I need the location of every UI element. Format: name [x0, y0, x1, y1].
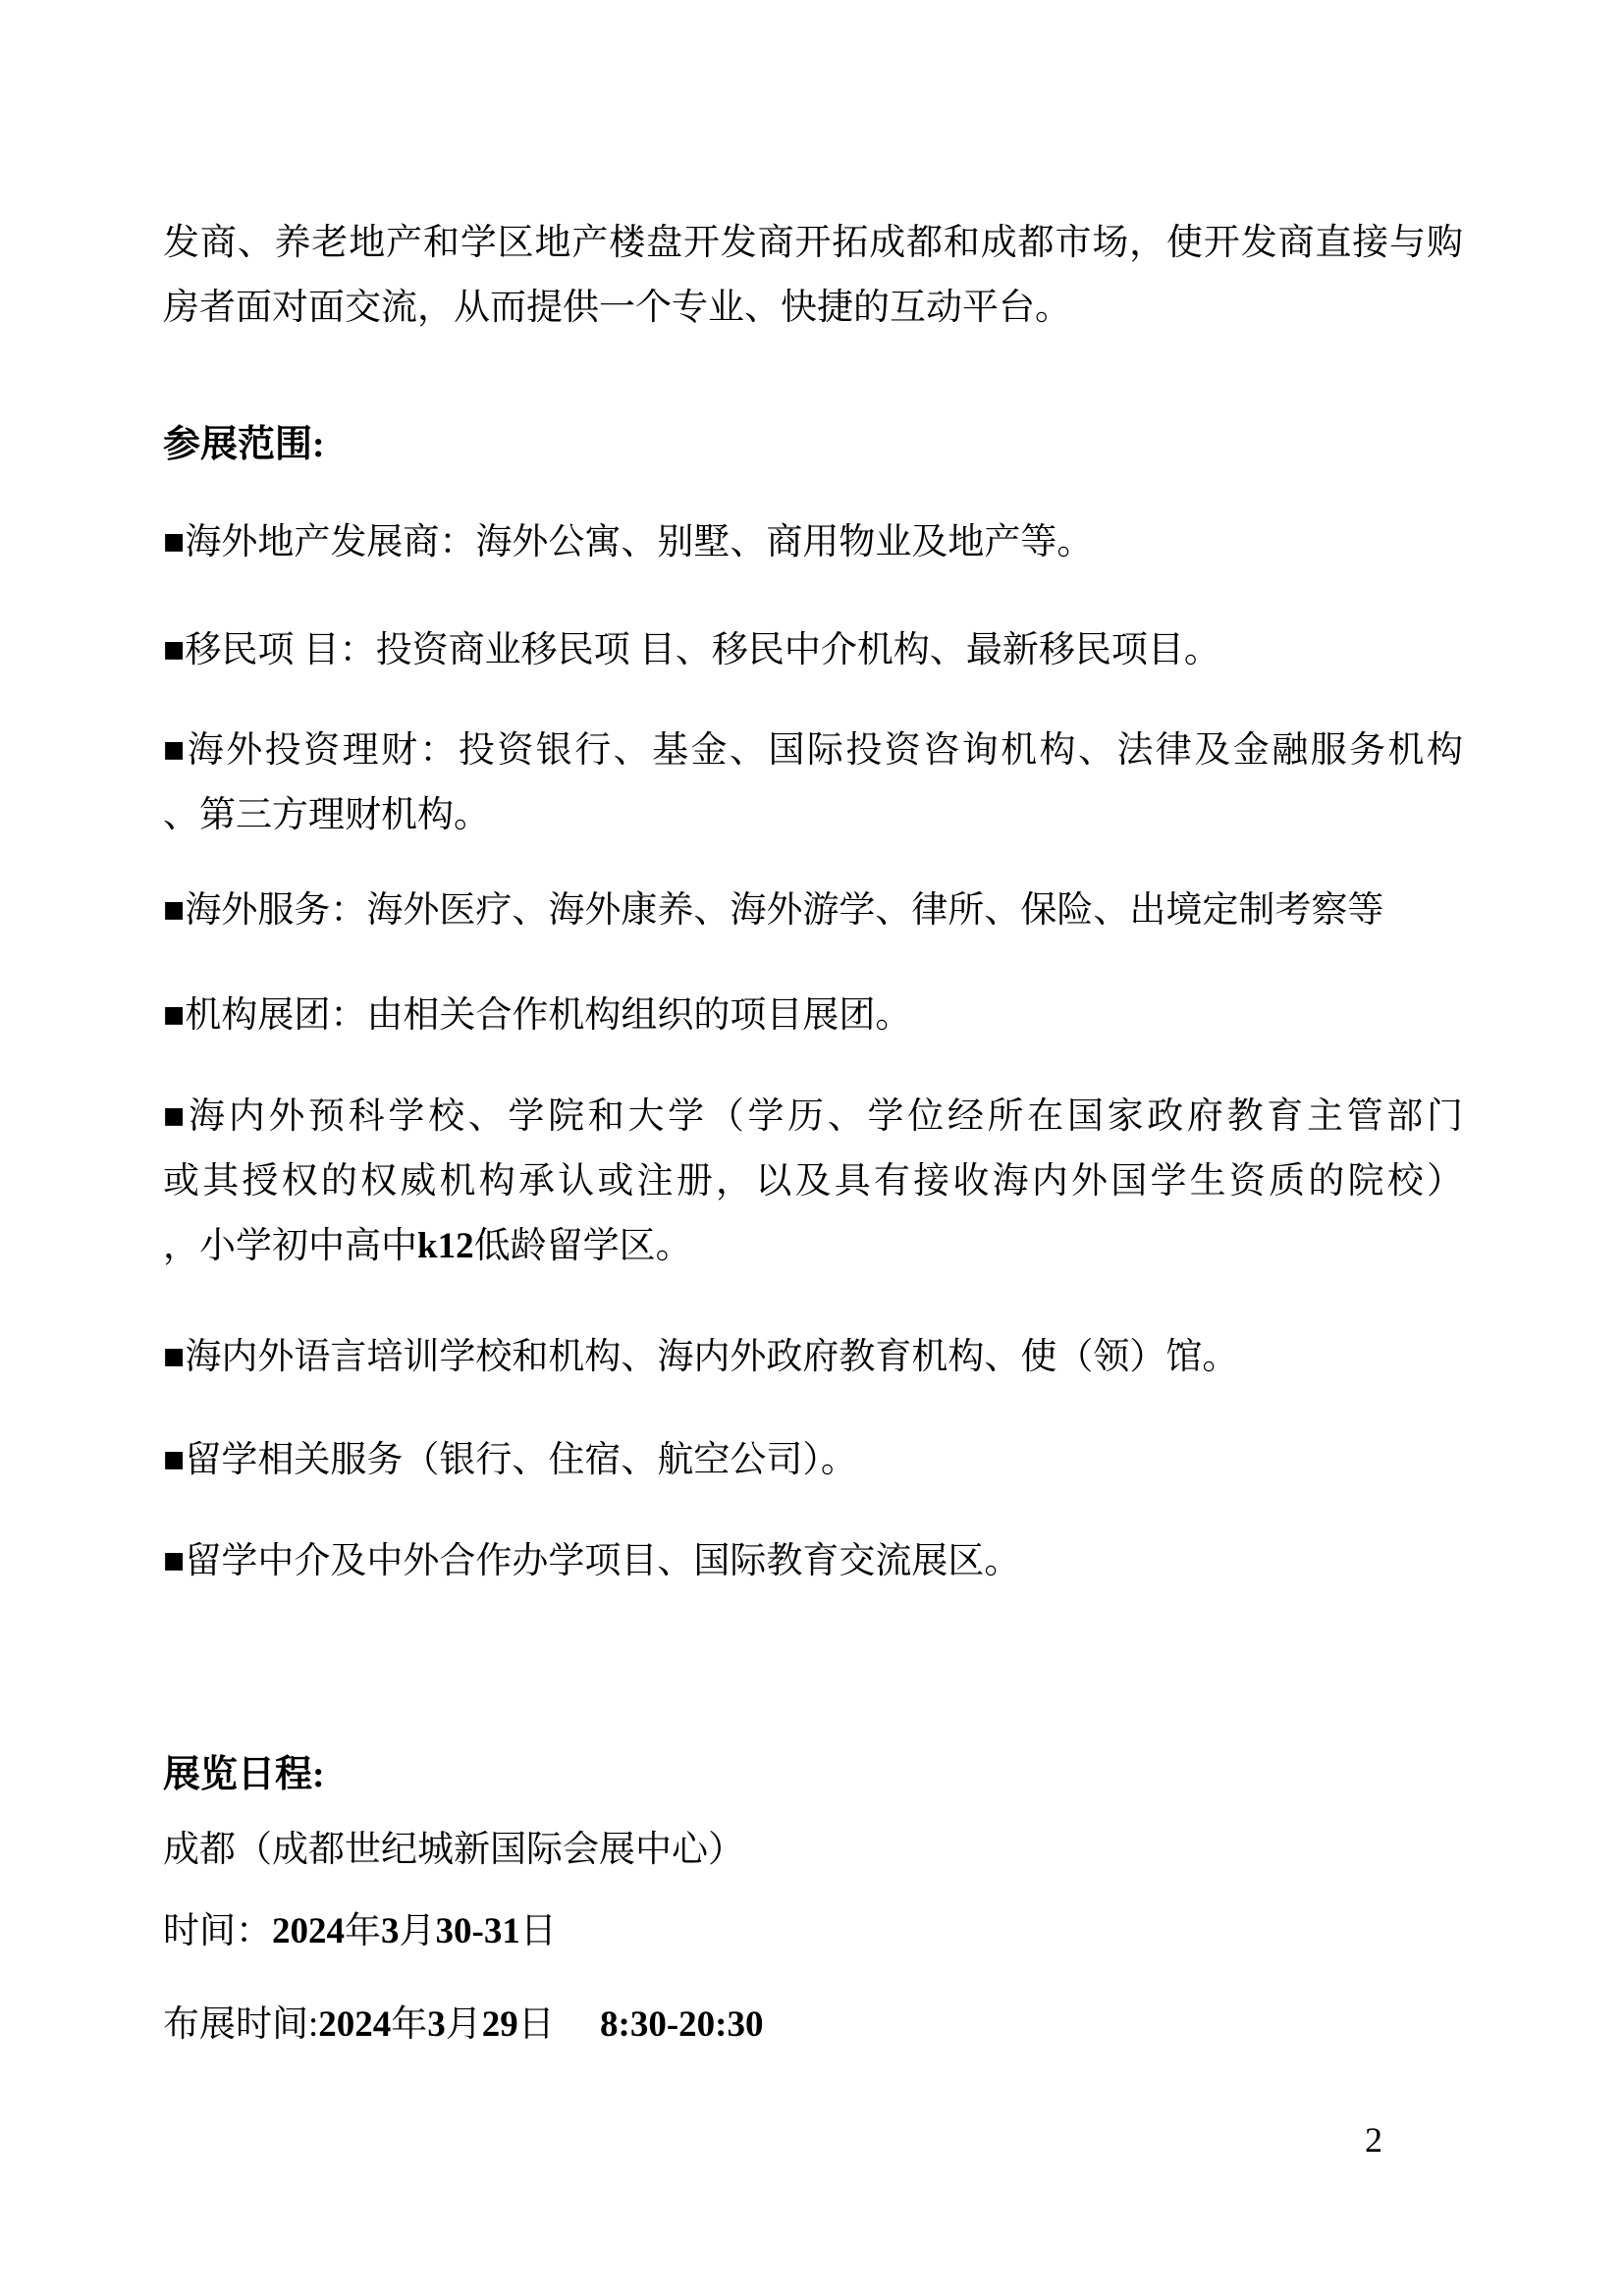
- text-line: ，小学初中高中k12低龄留学区。: [163, 1214, 1463, 1279]
- text-segment-bold: 29: [482, 2004, 518, 2045]
- text-segment: 年: [391, 2004, 427, 2045]
- page-content: 发商、养老地产和学区地产楼盘开发商开拓成都和成都市场，使开发商直接与购房者面对面…: [163, 0, 1463, 2057]
- bullet-item: ■留学相关服务（银行、住宿、航空公司）。: [163, 1428, 1463, 1493]
- schedule-venue: 成都（成都世纪城新国际会展中心）: [163, 1818, 1463, 1883]
- bullet-item: ■海外地产发展商：海外公寓、别墅、商用物业及地产等。: [163, 510, 1463, 575]
- text-line: 或其授权的权威机构承认或注册，以及具有接收海内外国学生资质的院校）: [163, 1149, 1463, 1214]
- text-segment-bold: 3: [427, 2004, 446, 2045]
- bullet-item: ■海外投资理财：投资银行、基金、国际投资咨询机构、法律及金融服务机构、第三方理财…: [163, 719, 1463, 848]
- bullet-item: ■机构展团：由相关合作机构组织的项目展团。: [163, 984, 1463, 1048]
- schedule-heading: 展览日程:: [163, 1742, 1463, 1807]
- text-line: 房者面对面交流，从而提供一个专业、快捷的互动平台。: [163, 276, 1463, 341]
- text-line: 、第三方理财机构。: [163, 783, 1463, 848]
- schedule-setup: 布展时间:2024年3月29日 8:30-20:30: [163, 1993, 1463, 2057]
- text-segment: 布展时间:: [163, 2004, 318, 2045]
- text-segment: 低龄留学区。: [474, 1226, 692, 1266]
- text-segment-bold: k12: [417, 1226, 474, 1266]
- text-segment: 时间：: [163, 1911, 272, 1951]
- text-segment: 月: [400, 1911, 436, 1951]
- text-segment: 日: [518, 2004, 555, 2045]
- text-line: ■机构展团：由相关合作机构组织的项目展团。: [163, 984, 1463, 1048]
- text-segment-bold: 2024: [272, 1911, 345, 1951]
- text-segment: ，小学初中高中: [163, 1226, 417, 1266]
- bullet-item: ■移民项 目：投资商业移民项 目、移民中介机构、最新移民项目。: [163, 618, 1463, 683]
- schedule-time: 时间：2024年3月30-31日: [163, 1899, 1463, 1964]
- text-line: 发商、养老地产和学区地产楼盘开发商开拓成都和成都市场，使开发商直接与购: [163, 211, 1463, 276]
- bullet-item: ■留学中介及中外合作办学项目、国际教育交流展区。: [163, 1529, 1463, 1594]
- text-segment-bold: 8:30-20:30: [600, 2004, 763, 2045]
- text-line: 布展时间:2024年3月29日 8:30-20:30: [163, 1993, 1463, 2057]
- text-line: 时间：2024年3月30-31日: [163, 1899, 1463, 1964]
- text-segment-bold: 3: [381, 1911, 400, 1951]
- intro-paragraph: 发商、养老地产和学区地产楼盘开发商开拓成都和成都市场，使开发商直接与购房者面对面…: [163, 211, 1463, 341]
- bullet-item: ■海外服务：海外医疗、海外康养、海外游学、律所、保险、出境定制考察等: [163, 879, 1463, 943]
- text-segment-bold: 30-31: [436, 1911, 520, 1951]
- text-line: ■留学中介及中外合作办学项目、国际教育交流展区。: [163, 1529, 1463, 1594]
- text-line: 成都（成都世纪城新国际会展中心）: [163, 1818, 1463, 1883]
- text-line: ■海外服务：海外医疗、海外康养、海外游学、律所、保险、出境定制考察等: [163, 879, 1463, 943]
- text-segment: [555, 2004, 600, 2045]
- text-line: ■海内外预科学校、学院和大学（学历、学位经所在国家政府教育主管部门: [163, 1085, 1463, 1149]
- document-page: 发商、养老地产和学区地产楼盘开发商开拓成都和成都市场，使开发商直接与购房者面对面…: [0, 0, 1624, 2296]
- page-number: 2: [1365, 2118, 1382, 2162]
- bullet-item: ■海内外语言培训学校和机构、海内外政府教育机构、使（领）馆。: [163, 1325, 1463, 1390]
- text-segment-bold: 2024: [318, 2004, 391, 2045]
- text-segment: 日: [520, 1911, 557, 1951]
- text-line: ■留学相关服务（银行、住宿、航空公司）。: [163, 1428, 1463, 1493]
- text-segment: 月: [446, 2004, 482, 2045]
- text-line: ■移民项 目：投资商业移民项 目、移民中介机构、最新移民项目。: [163, 618, 1463, 683]
- text-line: ■海外投资理财：投资银行、基金、国际投资咨询机构、法律及金融服务机构: [163, 719, 1463, 783]
- scope-heading: 参展范围:: [163, 412, 1463, 477]
- bullet-item: ■海内外预科学校、学院和大学（学历、学位经所在国家政府教育主管部门或其授权的权威…: [163, 1085, 1463, 1279]
- text-segment: 年: [345, 1911, 381, 1951]
- text-line: ■海外地产发展商：海外公寓、别墅、商用物业及地产等。: [163, 510, 1463, 575]
- text-line: ■海内外语言培训学校和机构、海内外政府教育机构、使（领）馆。: [163, 1325, 1463, 1390]
